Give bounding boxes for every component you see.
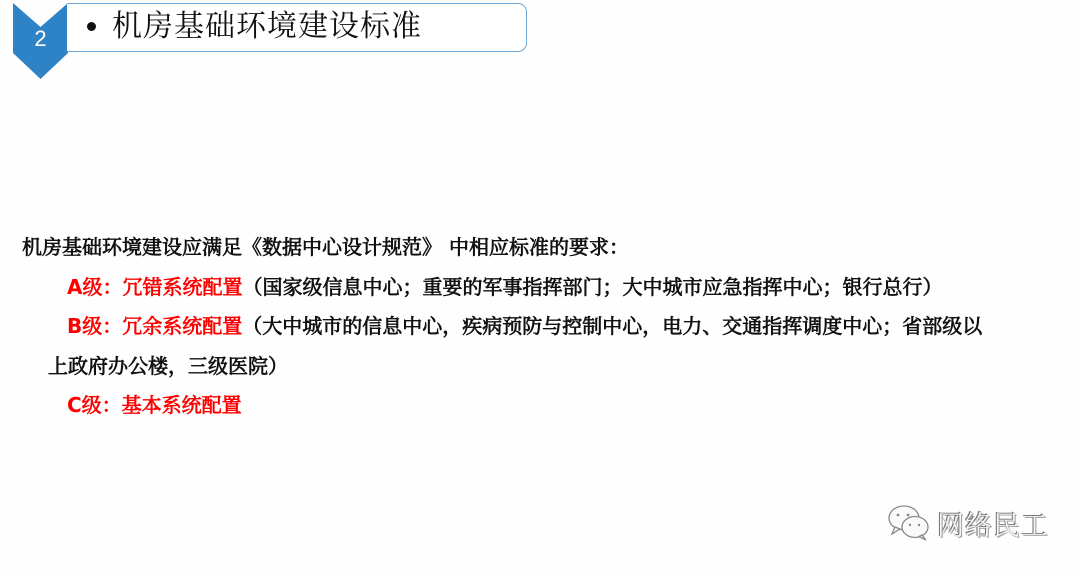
section-number: 2 — [13, 26, 68, 52]
level-b-description: （大中城市的信息中心，疾病预防与控制中心，电力、交通指挥调度中心；省部级以 — [242, 314, 982, 338]
intro-line: 机房基础环境建设应满足《数据中心设计规范》 中相应标准的要求： — [22, 228, 1072, 268]
level-a-line: A级：冗错系统配置（国家级信息中心；重要的军事指挥部门；大中城市应急指挥中心；银… — [22, 268, 1072, 308]
watermark: 网络民工 — [887, 503, 1049, 543]
level-a-label: A级：冗错系统配置 — [67, 275, 242, 299]
watermark-text: 网络民工 — [937, 504, 1049, 543]
slide-title: 机房基础环境建设标准 — [112, 7, 422, 47]
level-c-line: C级：基本系统配置 — [22, 386, 1072, 426]
body-content: 机房基础环境建设应满足《数据中心设计规范》 中相应标准的要求： A级：冗错系统配… — [22, 228, 1072, 426]
slide: 2 机房基础环境建设标准 机房基础环境建设应满足《数据中心设计规范》 中相应标准… — [0, 0, 1080, 572]
bullet-icon — [87, 22, 96, 31]
level-b-label: B级：冗余系统配置 — [67, 314, 242, 338]
wechat-icon — [887, 504, 931, 542]
level-b-description-continued: 上政府办公楼，三级医院） — [48, 354, 288, 378]
level-a-description: （国家级信息中心；重要的军事指挥部门；大中城市应急指挥中心；银行总行） — [242, 275, 942, 299]
level-b-continued-line: 上政府办公楼，三级医院） — [22, 347, 1072, 387]
level-b-line: B级：冗余系统配置（大中城市的信息中心，疾病预防与控制中心，电力、交通指挥调度中… — [22, 307, 1072, 347]
level-c-label: C级：基本系统配置 — [67, 393, 242, 417]
